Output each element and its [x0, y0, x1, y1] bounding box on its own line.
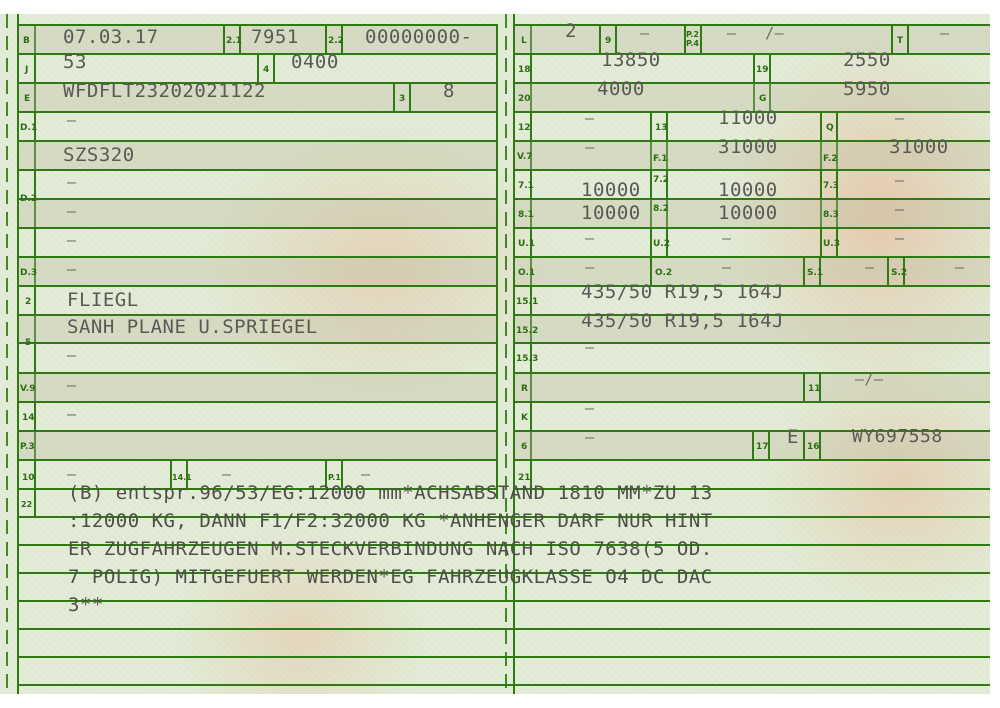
field-value-U2: –: [722, 229, 732, 247]
field-value-J: 53: [63, 51, 87, 73]
box-2-1: 2.1: [223, 26, 241, 53]
row-P3: P.3: [19, 430, 496, 459]
field-value-U3: –: [895, 229, 905, 247]
field-label-Q: Q: [826, 123, 834, 133]
field-value-D1-type: SZS320: [63, 144, 135, 166]
field-label-V7: V.7: [517, 152, 533, 162]
row-8-1: 8.1 10000 8.2 10000 8.3 –: [515, 198, 990, 227]
row-V7: V.7 – F.1 31000 F.2 31000: [515, 140, 990, 169]
field-value-P1: –: [361, 465, 371, 483]
row-E: E WFDFLT23202021122 3 8: [19, 82, 496, 111]
field-label-16: 16: [807, 442, 820, 452]
field-label-20: 20: [518, 94, 531, 104]
field-label-7-2: 7.2: [653, 175, 669, 185]
field-label-O1: O.1: [518, 268, 535, 278]
remarks-line-4: 7 POLIG) MITGEFUERT WERDEN*EG FAHRZEUGKL…: [68, 566, 713, 588]
field-label-5: 5: [25, 338, 31, 348]
field-value-K: –: [585, 399, 595, 417]
field-value-O2: –: [722, 258, 732, 276]
field-value-7-3: –: [895, 171, 905, 189]
box-T: T: [891, 26, 909, 53]
row-7-1: 7.1 10000 7.2 10000 7.3 –: [515, 169, 990, 198]
box-2-2: 2.2: [325, 26, 343, 53]
row-U1: U.1 – U.2 – U.3 –: [515, 227, 990, 256]
row-D2-line2: D.2 –: [19, 198, 496, 227]
field-value-15-3: –: [585, 338, 595, 356]
field-label-2: 2: [25, 297, 31, 307]
row-18: 18 13850 19 2550: [515, 53, 990, 82]
field-value-17: E: [787, 426, 799, 448]
box-S1: S.1: [803, 258, 821, 285]
field-label-2-1: 2.1: [226, 36, 242, 46]
field-label-D3: D.3: [20, 268, 37, 278]
field-value-D2-1: –: [67, 173, 77, 191]
left-column-right-edge: [496, 24, 498, 499]
field-label-2-2: 2.2: [328, 36, 344, 46]
field-value-P2-P4: – /–: [727, 24, 784, 42]
field-value-20: 4000: [597, 78, 645, 100]
field-label-F2: F.2: [823, 154, 838, 164]
field-label-K: K: [521, 413, 528, 423]
field-value-S2: –: [955, 258, 965, 276]
field-value-D2-2: –: [67, 202, 77, 220]
remarks-line-5: 3**: [68, 594, 104, 616]
row-R: R 11 –/–: [515, 372, 990, 401]
field-label-17: 17: [756, 442, 769, 452]
field-value-D1: –: [67, 111, 77, 129]
field-value-T: –: [940, 24, 950, 42]
field-label-P4: P.4: [686, 39, 699, 49]
field-value-14-1: –: [222, 465, 232, 483]
field-value-14: –: [67, 405, 77, 423]
field-label-B: B: [23, 36, 30, 46]
row-5-line1: SANH PLANE U.SPRIEGEL: [19, 314, 496, 342]
field-value-O1: –: [585, 258, 595, 276]
remarks-line-2: :12000 KG, DANN F1/F2:32000 KG *ANHENGER…: [68, 510, 713, 532]
field-label-L: L: [521, 36, 527, 46]
row-D1-line2: SZS320: [19, 140, 496, 169]
field-label-4: 4: [263, 65, 269, 75]
field-label-U2: U.2: [653, 239, 670, 249]
field-label-R: R: [521, 384, 528, 394]
row-L: L 2 9 – P.2 P.4 – /– T –: [515, 24, 990, 53]
field-value-2-2: 00000000-: [365, 26, 472, 48]
field-value-12: –: [585, 109, 595, 127]
field-label-7-3: 7.3: [823, 181, 839, 191]
field-value-4: 0400: [291, 51, 339, 73]
field-value-G: 5950: [843, 78, 891, 100]
field-label-9: 9: [605, 36, 611, 46]
row-5-line2: 5 –: [19, 342, 496, 372]
remarks-rule-7: [19, 684, 990, 686]
box-11: 11: [803, 374, 821, 401]
row-6: 6 – 17 E 16 WY697558: [515, 430, 990, 459]
field-label-U1: U.1: [518, 239, 535, 249]
field-label-O2: O.2: [655, 268, 672, 278]
field-value-18: 13850: [601, 49, 661, 71]
field-label-12: 12: [518, 123, 531, 133]
field-value-19: 2550: [843, 49, 891, 71]
row-D1: D.1 –: [19, 111, 496, 140]
field-value-S1: –: [865, 258, 875, 276]
field-label-3: 3: [399, 94, 405, 104]
field-label-G: G: [759, 94, 766, 104]
field-value-F1: 31000: [718, 136, 778, 158]
row-B: B 07.03.17 2.1 7951 2.2 00000000-: [19, 24, 496, 53]
remarks-rule-6: [19, 656, 990, 658]
row-D2-line1: –: [19, 169, 496, 198]
remarks-rule-4: [19, 600, 990, 602]
field-label-T: T: [897, 36, 903, 46]
field-value-D2-3: –: [67, 231, 77, 249]
field-label-V9: V.9: [20, 384, 36, 394]
field-value-E-vin: WFDFLT23202021122: [63, 80, 266, 102]
box-P2-P4: P.2 P.4: [684, 26, 702, 53]
row-J: J 53 4 0400: [19, 53, 496, 82]
field-label-18: 18: [518, 65, 531, 75]
field-value-6: –: [585, 428, 595, 446]
field-label-D2: D.2: [20, 194, 37, 204]
field-value-2-1: 7951: [251, 26, 299, 48]
field-label-J: J: [25, 65, 28, 75]
field-value-V9: –: [67, 376, 77, 394]
box-22: 22: [17, 488, 36, 516]
row-V9: V.9 –: [19, 372, 496, 401]
field-value-B: 07.03.17: [63, 26, 159, 48]
field-label-8-1: 8.1: [518, 210, 534, 220]
field-label-P3: P.3: [20, 442, 35, 452]
field-value-16: WY697558: [852, 426, 943, 447]
remarks-line-3: ER ZUGFAHRZEUGEN M.STECKVERBINDUNG NACH …: [68, 538, 713, 560]
field-label-11: 11: [808, 384, 821, 394]
field-label-8-3: 8.3: [823, 210, 839, 220]
center-dashed-divider: [505, 14, 507, 694]
field-label-15-1: 15.1: [516, 297, 538, 307]
row-14: 14 –: [19, 401, 496, 430]
field-label-13: 13: [655, 123, 668, 133]
field-value-Q: –: [895, 109, 905, 127]
field-label-E: E: [24, 94, 30, 104]
field-value-3: 8: [443, 80, 455, 102]
field-value-5-line2: –: [67, 346, 77, 364]
left-dashed-border: [6, 14, 8, 694]
row-D3: D.3 –: [19, 256, 496, 285]
field-label-15-3: 15.3: [516, 354, 538, 364]
field-value-V7: –: [585, 138, 595, 156]
field-value-tyre-axle2: 435/50 R19,5 164J: [581, 310, 784, 332]
field-value-L: 2: [565, 20, 577, 42]
remarks-rule-5: [19, 628, 990, 630]
field-label-8-2: 8.2: [653, 204, 669, 214]
box-17: 17: [752, 432, 770, 459]
row-D2-line3: –: [19, 227, 496, 256]
field-value-U1: –: [585, 229, 595, 247]
box-3: 3: [393, 84, 411, 111]
field-label-15-2: 15.2: [516, 326, 538, 336]
box-4: 4: [257, 55, 275, 82]
field-label-U3: U.3: [823, 239, 840, 249]
field-value-10: –: [67, 465, 77, 483]
registration-document: B 07.03.17 2.1 7951 2.2 00000000- J 53 4…: [0, 14, 990, 694]
field-value-11: –/–: [855, 370, 884, 388]
field-label-19: 19: [756, 65, 769, 75]
field-value-D3: –: [67, 260, 77, 278]
field-label-22: 22: [21, 500, 32, 510]
row-2-manufacturer: 2 FLIEGL: [19, 285, 496, 314]
field-value-manufacturer: FLIEGL: [67, 289, 139, 311]
field-value-F2: 31000: [889, 136, 949, 158]
field-value-8-1: 10000: [581, 202, 641, 224]
field-label-S2: S.2: [891, 268, 907, 278]
box-S2: S.2: [887, 258, 905, 285]
field-label-10: 10: [22, 473, 35, 483]
field-label-6: 6: [521, 442, 527, 452]
row-15-3: 15.3 –: [515, 342, 990, 372]
remarks-line-1: (B) entspr.96/53/EG:12000 mm*ACHSABSTAND…: [68, 482, 713, 504]
field-value-body-type: SANH PLANE U.SPRIEGEL: [67, 316, 318, 338]
field-label-S1: S.1: [807, 268, 823, 278]
field-value-8-3: –: [895, 200, 905, 218]
field-label-D1: D.1: [20, 123, 37, 133]
field-label-7-1: 7.1: [518, 181, 534, 191]
field-label-F1: F.1: [653, 154, 668, 164]
field-label-14: 14: [22, 413, 35, 423]
field-value-tyre-axle1: 435/50 R19,5 164J: [581, 281, 784, 303]
field-value-8-2: 10000: [718, 202, 778, 224]
field-value-13: 11000: [718, 107, 778, 129]
field-value-9: –: [640, 24, 650, 42]
box-16: 16: [803, 432, 821, 459]
